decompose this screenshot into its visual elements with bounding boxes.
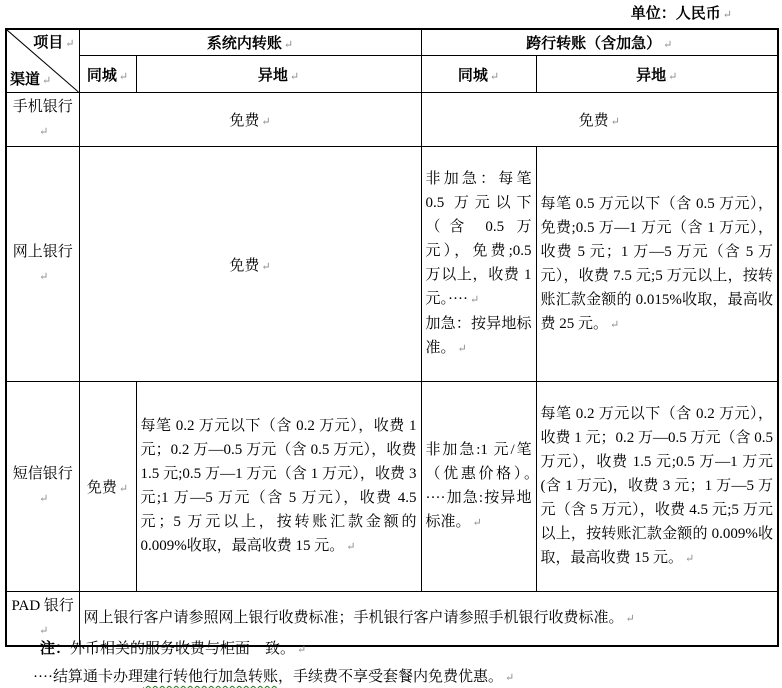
footnotes: 注：外币相关的服务收费与柜面一致。 ····结算通卡办理建行转他行加急转账，手续… <box>33 636 773 688</box>
cell-mobile-cross-fee: 免费 <box>421 93 778 147</box>
paragraph-mark-icon <box>471 514 482 530</box>
fee-table: 项目 渠道 系统内转账 跨行转账（含加急） 同城 异地 同城 异地 手机银行 免… <box>5 28 779 647</box>
header-row-groups: 项目 渠道 系统内转账 跨行转账（含加急） <box>6 29 778 56</box>
corner-header-cell: 项目 渠道 <box>6 29 79 93</box>
row-mobile-banking: 手机银行 免费 免费 <box>6 93 778 147</box>
header-cross-remote: 异地 <box>536 56 778 93</box>
note-text: 外币相关的服务收费与柜面一致。 <box>70 641 295 657</box>
row-label-sms-banking: 短信银行 <box>6 382 79 592</box>
cell-online-system-fee: 免费 <box>79 147 421 382</box>
paragraph-mark-icon <box>624 610 635 626</box>
note-currency: 注：外币相关的服务收费与柜面一致。 <box>33 636 773 664</box>
paragraph-mark-icon <box>259 113 270 129</box>
paragraph-mark-icon <box>37 123 48 139</box>
paragraph-mark-icon <box>488 68 499 84</box>
header-row-subcolumns: 同城 异地 同城 异地 <box>6 56 778 93</box>
paragraph-mark-icon <box>37 268 48 284</box>
note-suffix: ，手续费不享受套餐内免费优惠。 <box>278 669 503 685</box>
document-page: 单位：人民币 项目 渠道 系统内转账 跨行转账（含加急） <box>0 0 782 688</box>
note-prefix: ····结算通卡办理 <box>33 669 143 685</box>
paragraph-mark-icon <box>503 669 514 685</box>
paragraph-mark-icon <box>344 538 355 554</box>
cell-online-cross-local-fee: 非加急：每笔 0.5 万元以下（含 0.5 万元），免费;0.5 万以上，收费 … <box>421 147 536 382</box>
note-jiesuantong-card: ····结算通卡办理建行转他行加急转账，手续费不享受套餐内免费优惠。 <box>33 664 773 688</box>
paragraph-mark-icon <box>609 113 620 129</box>
unit-label-text: 单位：人民币 <box>631 6 721 22</box>
paragraph-mark-icon <box>117 480 128 496</box>
paragraph-mark-icon <box>282 36 293 52</box>
note-underlined-text: 建行转他行加急转账 <box>143 669 278 685</box>
row-label-online-banking: 网上银行 <box>6 147 79 382</box>
paragraph-mark-icon <box>295 641 306 657</box>
row-label-mobile-banking: 手机银行 <box>6 93 79 147</box>
paragraph-mark-icon <box>259 258 270 274</box>
cell-mobile-system-fee: 免费 <box>79 93 421 147</box>
cell-online-cross-remote-fee: 每笔 0.5 万元以下（含 0.5 万元），免费;0.5 万—1 万元（含 1 … <box>536 147 778 382</box>
paragraph-mark-icon <box>63 35 74 51</box>
paragraph-mark-icon <box>288 68 299 84</box>
row-sms-banking: 短信银行 免费 每笔 0.2 万元以下（含 0.2 万元），收费 1 元；0.2… <box>6 382 778 592</box>
paragraph-mark-icon <box>666 68 677 84</box>
paragraph-mark-icon <box>683 550 694 566</box>
cell-sms-system-remote-fee: 每笔 0.2 万元以下（含 0.2 万元），收费 1 元；0.2 万—0.5 万… <box>136 382 421 592</box>
cell-sms-system-local-fee: 免费 <box>79 382 136 592</box>
paragraph-mark-icon <box>37 490 48 506</box>
header-cross-bank-transfer: 跨行转账（含加急） <box>421 29 778 56</box>
header-system-remote: 异地 <box>136 56 421 93</box>
header-system-transfer: 系统内转账 <box>79 29 421 56</box>
note-label: 注： <box>40 641 70 657</box>
corner-label-channel: 渠道 <box>10 68 51 89</box>
paragraph-mark-icon <box>117 68 128 84</box>
header-system-local: 同城 <box>79 56 136 93</box>
cell-sms-cross-remote-fee: 每笔 0.2 万元以下（含 0.2 万元），收费 1 元；0.2 万—0.5 万… <box>536 382 778 592</box>
paragraph-mark-icon <box>456 340 467 356</box>
cell-sms-cross-local-fee: 非加急:1 元/笔（优惠价格）。····加急:按异地标准。 <box>421 382 536 592</box>
cell-paragraph: 非加急：每笔 0.5 万元以下（含 0.5 万元），免费;0.5 万以上，收费 … <box>426 167 532 312</box>
paragraph-mark-icon <box>40 72 51 88</box>
cell-paragraph: 加急：按异地标准。 <box>426 312 532 361</box>
header-cross-local: 同城 <box>421 56 536 93</box>
paragraph-mark-icon <box>661 36 672 52</box>
corner-label-project: 项目 <box>33 31 74 52</box>
unit-label: 单位：人民币 <box>631 2 732 23</box>
paragraph-mark-icon <box>721 6 732 22</box>
row-online-banking: 网上银行 免费 非加急：每笔 0.5 万元以下（含 0.5 万元），免费;0.5… <box>6 147 778 382</box>
paragraph-mark-icon <box>468 291 479 307</box>
paragraph-mark-icon <box>608 316 619 332</box>
